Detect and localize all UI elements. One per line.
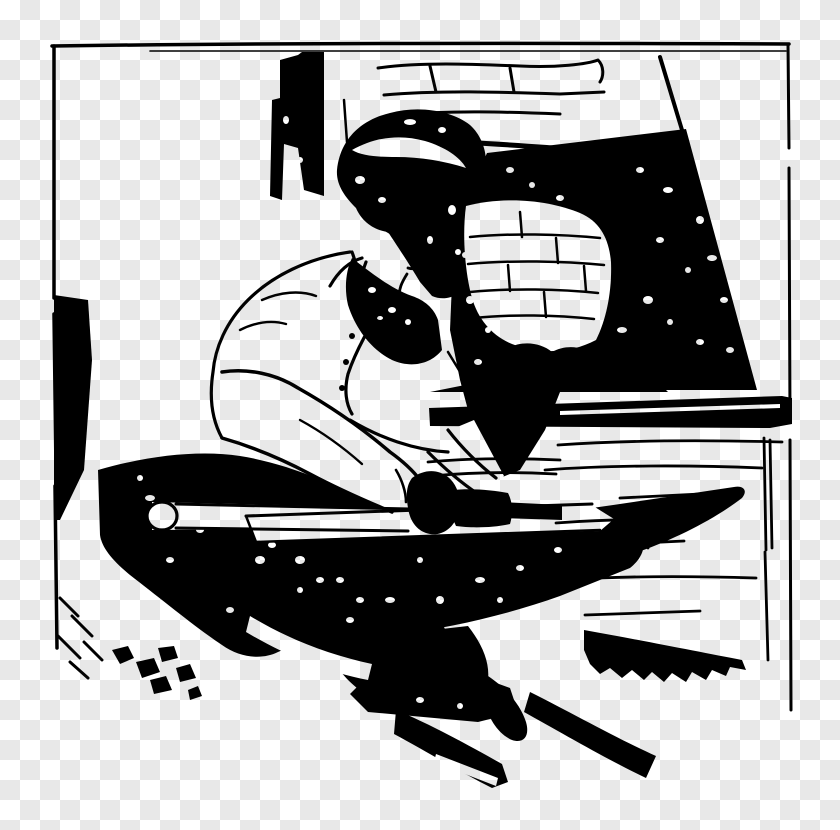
blacksmith-illustration xyxy=(0,0,840,830)
wooden-clog xyxy=(394,710,508,788)
artwork-canvas xyxy=(0,0,840,830)
sleeve-fold xyxy=(300,420,362,464)
floor-shadow xyxy=(524,692,656,778)
frame-right xyxy=(788,44,791,710)
left-wall-shadow xyxy=(54,295,92,520)
back-outline xyxy=(211,252,350,438)
hatch-ticks xyxy=(58,598,102,678)
nostril xyxy=(412,254,416,258)
floor-flecks xyxy=(112,646,202,700)
anvil-shadow xyxy=(584,630,746,682)
cuff xyxy=(396,470,406,502)
wooden-post xyxy=(270,52,324,200)
